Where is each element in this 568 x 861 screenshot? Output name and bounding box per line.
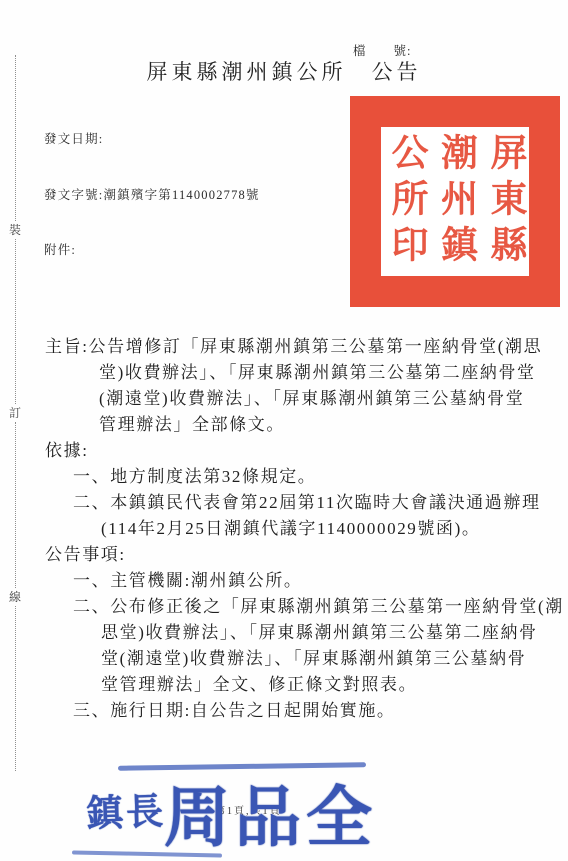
- body-line: 二、本鎮鎮民代表會第22屆第11次臨時大會議決通過辦理: [0, 490, 568, 516]
- issue-date-label: 發文日期:: [44, 130, 260, 149]
- document-title: 屏東縣潮州鎮公所 公告: [0, 56, 568, 86]
- official-seal-inner: 屏東縣 潮州鎮 公所印: [381, 127, 529, 276]
- body-line: 一、地方制度法第32條規定。: [0, 464, 568, 490]
- seal-text-column-right: 屏東縣: [486, 133, 523, 271]
- body-line: 思堂)收費辦法」、「屏東縣潮州鎮第三公墓第二座納骨: [0, 620, 568, 646]
- announcement-document-page: 裝 訂 線 檔 號: 保存年限: 屏東縣潮州鎮公所 公告 發文日期: 發文字號:…: [0, 0, 568, 861]
- body-line: 堂(潮遠堂)收費辦法」、「屏東縣潮州鎮第三公墓納骨: [0, 646, 568, 672]
- document-meta-block: 發文日期: 發文字號:潮鎮殯字第1140002778號 附件:: [44, 93, 260, 297]
- body-line: 管理辦法」全部條文。: [0, 412, 568, 438]
- seal-text-column-left: 公所印: [387, 133, 424, 271]
- mayor-title-stamp-text: 鎮長: [85, 781, 167, 838]
- seal-text-column-middle: 潮州鎮: [437, 133, 474, 271]
- official-seal: 屏東縣 潮州鎮 公所印: [350, 96, 560, 307]
- announcement-body: 主旨:公告增修訂「屏東縣潮州鎮第三公墓第一座納骨堂(潮思堂)收費辦法」、「屏東縣…: [0, 334, 568, 724]
- body-line: 公告事項:: [0, 542, 568, 568]
- mayor-signature-stamp: 鎮長 周品全: [76, 756, 368, 861]
- body-line: 堂)收費辦法」、「屏東縣潮州鎮第三公墓第二座納骨堂: [0, 360, 568, 386]
- body-line: 三、施行日期:自公告之日起開始實施。: [0, 698, 568, 724]
- body-line: (114年2月25日潮鎮代議字1140000029號函)。: [0, 516, 568, 542]
- binding-mark-zhuang: 裝: [9, 221, 21, 239]
- body-line: 主旨:公告增修訂「屏東縣潮州鎮第三公墓第一座納骨堂(潮思: [0, 334, 568, 360]
- document-number-line: 發文字號:潮鎮殯字第1140002778號: [44, 186, 260, 205]
- body-line: 堂管理辦法」全文、修正條文對照表。: [0, 672, 568, 698]
- body-line: 一、主管機關:潮州鎮公所。: [0, 568, 568, 594]
- attachment-label: 附件:: [44, 241, 260, 260]
- body-line: (潮遠堂)收費辦法」、「屏東縣潮州鎮第三公墓納骨堂: [0, 386, 568, 412]
- body-line: 二、公布修正後之「屏東縣潮州鎮第三公墓第一座納骨堂(潮: [0, 594, 568, 620]
- body-line: 依據:: [0, 438, 568, 464]
- mayor-name-stamp-text: 周品全: [164, 764, 377, 859]
